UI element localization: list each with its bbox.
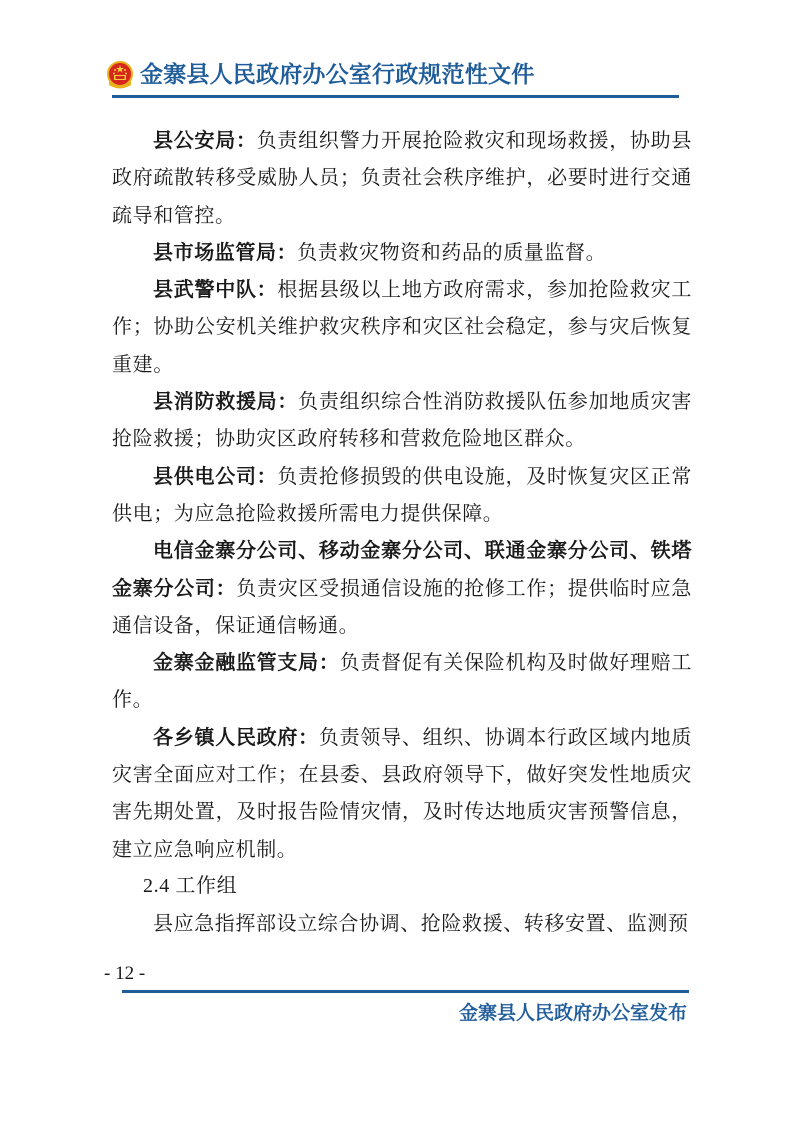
paragraph-power-supply: 县供电公司：负责抢修损毁的供电设施，及时恢复灾区正常供电；为应急抢险救援所需电力… <box>112 458 692 533</box>
header-title: 金寨县人民政府办公室行政规范性文件 <box>140 60 534 90</box>
section-paragraph: 县应急指挥部设立综合协调、抢险救援、转移安置、监测预 <box>112 905 692 942</box>
paragraph-lead: 县武警中队： <box>153 277 277 301</box>
paragraph-market-supervision: 县市场监管局：负责救灾物资和药品的质量监督。 <box>112 234 692 271</box>
paragraph-lead: 县供电公司： <box>153 464 277 488</box>
document-header: 金寨县人民政府办公室行政规范性文件 <box>106 58 686 102</box>
paragraph-fire-rescue: 县消防救援局：负责组织综合性消防救援队伍参加地质灾害抢险救援；协助灾区政府转移和… <box>112 383 692 458</box>
footer-publisher: 金寨县人民政府办公室发布 <box>459 998 687 1025</box>
paragraph-lead: 县消防救援局： <box>153 389 298 413</box>
paragraph-lead: 县市场监管局： <box>153 240 297 264</box>
document-page: 金寨县人民政府办公室行政规范性文件 县公安局：负责组织警力开展抢险救灾和现场救援… <box>0 0 793 1122</box>
page-number: - 12 - <box>104 963 145 985</box>
paragraph-township-governments: 各乡镇人民政府：负责领导、组织、协调本行政区域内地质灾害全面应对工作；在县委、县… <box>112 719 692 868</box>
paragraph-lead: 各乡镇人民政府： <box>153 725 319 749</box>
paragraph-lead: 金寨金融监管支局： <box>153 650 340 674</box>
header-divider <box>112 95 679 98</box>
paragraph-text: 负责救灾物资和药品的质量监督。 <box>297 240 606 264</box>
paragraph-telecom: 电信金寨分公司、移动金寨分公司、联通金寨分公司、铁塔金寨分公司：负责灾区受损通信… <box>112 532 692 644</box>
paragraph-public-security: 县公安局：负责组织警力开展抢险救灾和现场救援，协助县政府疏散转移受威胁人员；负责… <box>112 122 692 234</box>
paragraph-lead: 县公安局： <box>153 128 257 152</box>
section-heading: 2.4 工作组 <box>112 868 692 905</box>
document-body: 县公安局：负责组织警力开展抢险救灾和现场救援，协助县政府疏散转移受威胁人员；负责… <box>112 122 692 943</box>
paragraph-armed-police: 县武警中队：根据县级以上地方政府需求，参加抢险救灾工作；协助公安机关维护救灾秩序… <box>112 271 692 383</box>
paragraph-financial-regulation: 金寨金融监管支局：负责督促有关保险机构及时做好理赔工作。 <box>112 644 692 719</box>
footer-divider <box>122 990 689 993</box>
national-emblem-icon <box>106 61 134 91</box>
